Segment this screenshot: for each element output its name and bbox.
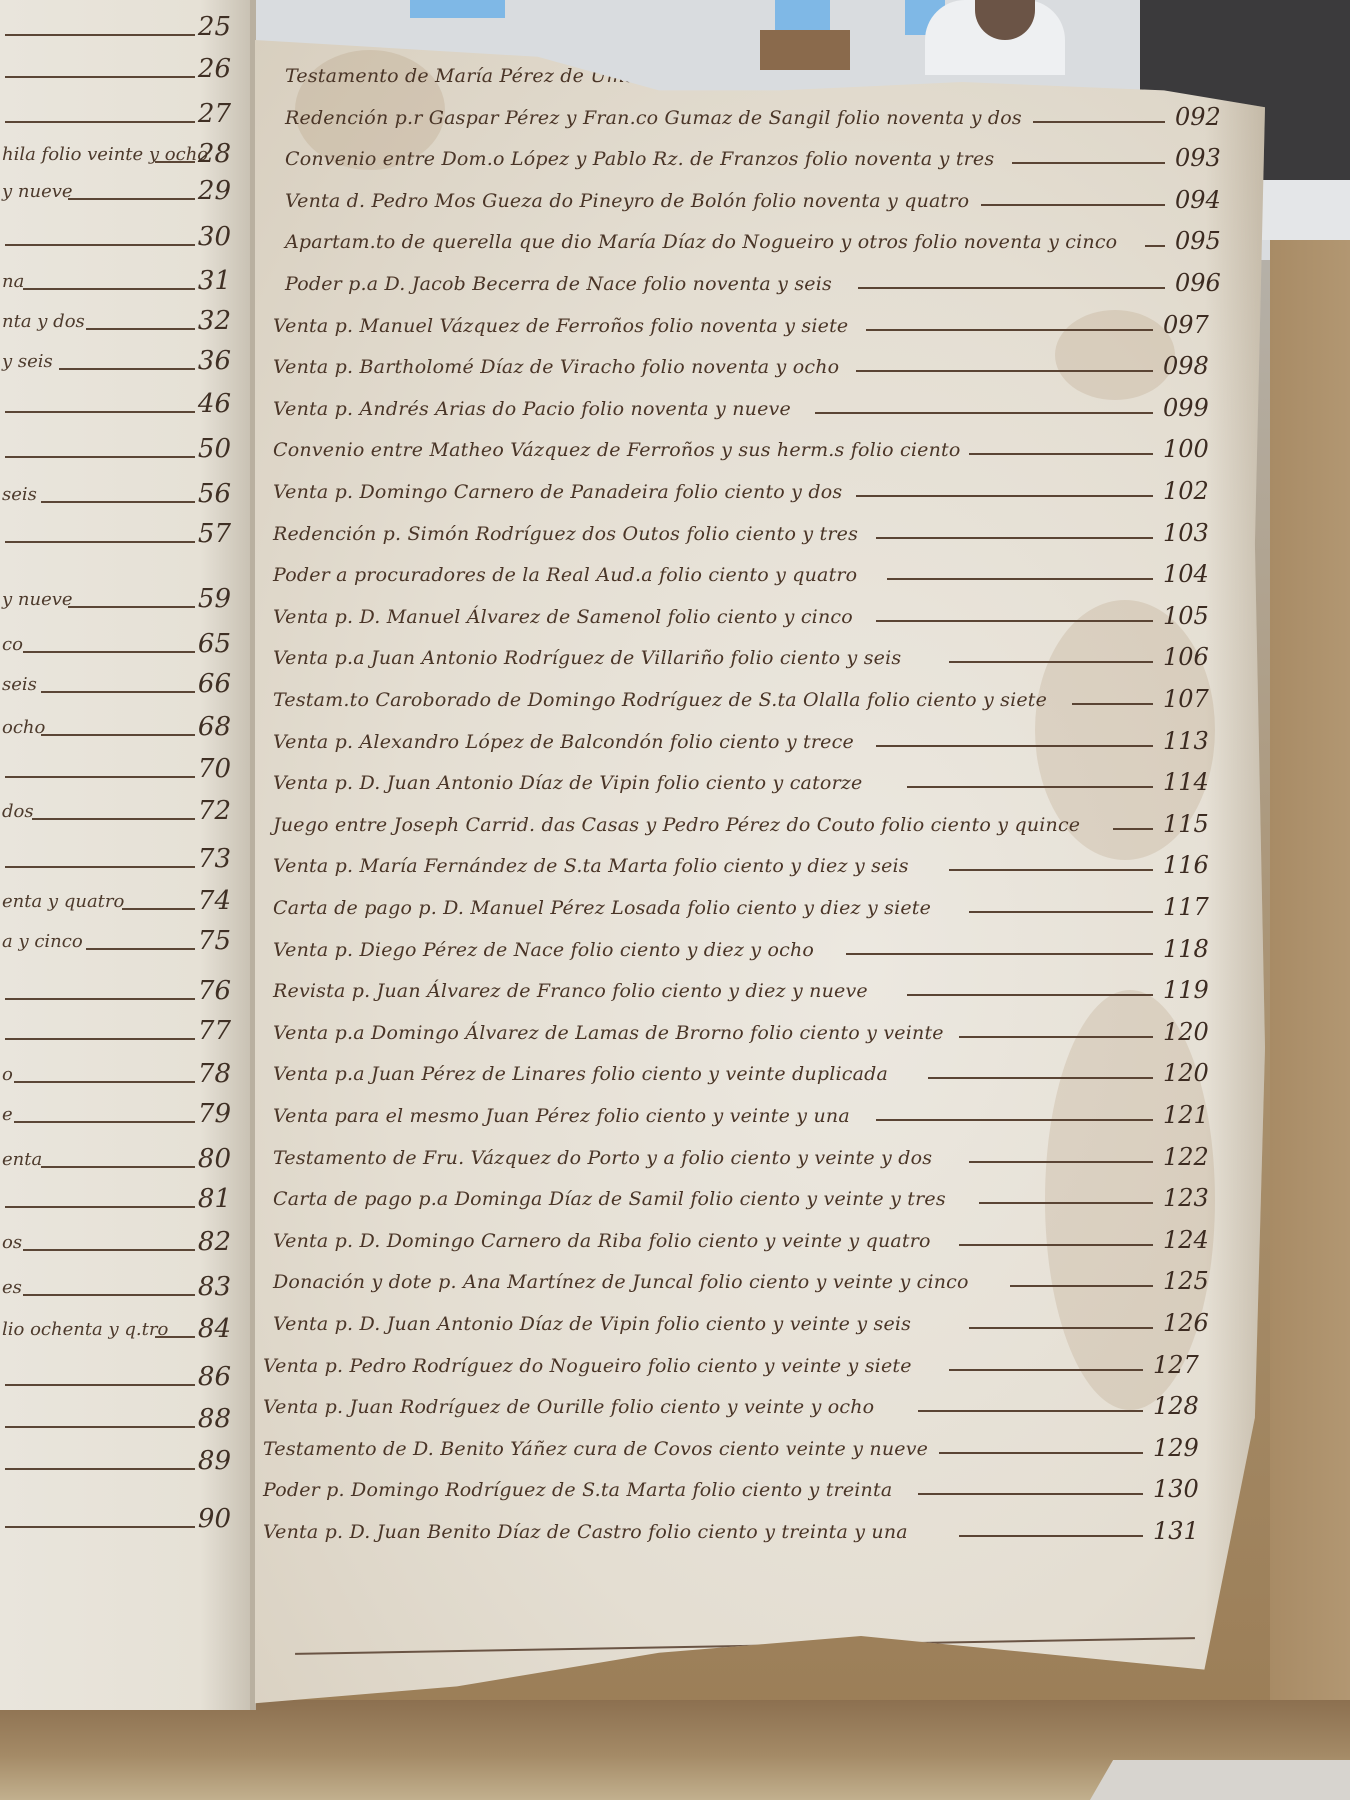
left-entry-fragment: es bbox=[2, 1277, 22, 1298]
leader-line bbox=[928, 1077, 1153, 1079]
left-page-row: enta y quatro74 bbox=[0, 882, 235, 918]
index-entry: Venta p. María Fernández de S.ta Marta f… bbox=[273, 844, 1233, 881]
index-entry: Venta para el mesmo Juan Pérez folio cie… bbox=[273, 1094, 1233, 1131]
leader-line bbox=[41, 734, 195, 736]
leader-line bbox=[5, 411, 195, 413]
leader-line bbox=[5, 541, 195, 543]
left-entry-fragment: seis bbox=[2, 674, 37, 695]
folio-number: 092 bbox=[1175, 103, 1245, 131]
leader-line bbox=[5, 776, 195, 778]
leader-line bbox=[856, 370, 1153, 372]
left-folio-number: 81 bbox=[198, 1184, 231, 1214]
leader-line bbox=[1145, 245, 1165, 247]
index-entry: Poder a procuradores de la Real Aud.a fo… bbox=[273, 553, 1233, 590]
leader-line bbox=[23, 1294, 195, 1296]
leader-line bbox=[41, 501, 195, 503]
leader-line bbox=[959, 1244, 1153, 1246]
folio-number: 120 bbox=[1163, 1059, 1233, 1087]
leader-line bbox=[858, 287, 1166, 289]
folio-number: 107 bbox=[1163, 685, 1233, 713]
leader-line bbox=[969, 1327, 1153, 1329]
folio-number: 125 bbox=[1163, 1267, 1233, 1295]
leader-line bbox=[86, 948, 195, 950]
left-page-row: y nueve29 bbox=[0, 172, 235, 208]
background-window bbox=[410, 0, 505, 18]
folio-number: 099 bbox=[1163, 394, 1233, 422]
leader-line bbox=[5, 34, 195, 36]
entry-description: Testamento de D. Benito Yáñez cura de Co… bbox=[263, 1438, 928, 1460]
entry-description: Venta p. D. Juan Benito Díaz de Castro f… bbox=[263, 1521, 908, 1543]
left-page-row: e79 bbox=[0, 1095, 235, 1131]
folio-number: 128 bbox=[1153, 1392, 1223, 1420]
leader-line bbox=[959, 1036, 1153, 1038]
left-page-row: y seis36 bbox=[0, 342, 235, 378]
index-entry: Venta p. Bartholomé Díaz de Viracho foli… bbox=[273, 345, 1233, 382]
folio-number: 118 bbox=[1163, 935, 1233, 963]
left-folio-number: 72 bbox=[198, 796, 231, 826]
left-page-row: 57 bbox=[0, 515, 235, 551]
left-entry-fragment: dos bbox=[2, 801, 34, 822]
leader-line bbox=[1072, 703, 1153, 705]
left-page-row: 27 bbox=[0, 95, 235, 131]
left-folio-number: 57 bbox=[198, 519, 231, 549]
leader-line bbox=[1113, 828, 1153, 830]
folio-number: 130 bbox=[1153, 1475, 1223, 1503]
left-page-row: 73 bbox=[0, 840, 235, 876]
folio-number: 105 bbox=[1163, 602, 1233, 630]
entry-description: Venta p. María Fernández de S.ta Marta f… bbox=[273, 855, 909, 877]
left-page-row: 30 bbox=[0, 218, 235, 254]
wood-surface-right bbox=[1270, 240, 1350, 1740]
folio-number: 096 bbox=[1175, 269, 1245, 297]
left-folio-number: 86 bbox=[198, 1362, 231, 1392]
left-page-row: a y cinco75 bbox=[0, 922, 235, 958]
left-folio-number: 28 bbox=[198, 139, 231, 169]
folio-number: 103 bbox=[1163, 519, 1233, 547]
left-folio-number: 50 bbox=[198, 434, 231, 464]
left-page-row: dos72 bbox=[0, 792, 235, 828]
leader-line bbox=[32, 818, 195, 820]
leader-line bbox=[86, 328, 195, 330]
folio-number: 114 bbox=[1163, 768, 1233, 796]
left-page-row: seis56 bbox=[0, 475, 235, 511]
left-page-row: o78 bbox=[0, 1055, 235, 1091]
leader-line bbox=[979, 1202, 1153, 1204]
left-page-row: 76 bbox=[0, 972, 235, 1008]
index-entry: Venta p. Andrés Arias do Pacio folio nov… bbox=[273, 387, 1233, 424]
index-entry: Apartam.to de querella que dio María Día… bbox=[285, 220, 1245, 257]
leader-line bbox=[981, 204, 1165, 206]
folio-number: 119 bbox=[1163, 976, 1233, 1004]
left-folio-number: 26 bbox=[198, 54, 231, 84]
leader-line bbox=[155, 161, 195, 163]
left-folio-number: 90 bbox=[198, 1504, 231, 1534]
leader-line bbox=[856, 495, 1153, 497]
entry-description: Venta p. D. Juan Antonio Díaz de Vipin f… bbox=[273, 772, 863, 794]
left-folio-number: 76 bbox=[198, 976, 231, 1006]
left-page-row: 25 bbox=[0, 8, 235, 44]
folio-number: 094 bbox=[1175, 186, 1245, 214]
index-entry: Revista p. Juan Álvarez de Franco folio … bbox=[273, 969, 1233, 1006]
left-page-row: 89 bbox=[0, 1442, 235, 1478]
left-page-row: 90 bbox=[0, 1500, 235, 1536]
entry-description: Poder a procuradores de la Real Aud.a fo… bbox=[273, 564, 857, 586]
left-folio-number: 82 bbox=[198, 1227, 231, 1257]
wood-surface bbox=[0, 1700, 1350, 1800]
leader-line bbox=[5, 76, 195, 78]
leader-line bbox=[969, 453, 1153, 455]
index-entry: Testam.to Caroborado de Domingo Rodrígue… bbox=[273, 678, 1233, 715]
left-folio-number: 84 bbox=[198, 1314, 231, 1344]
left-page-row: 77 bbox=[0, 1012, 235, 1048]
folio-number: 102 bbox=[1163, 477, 1233, 505]
leader-line bbox=[5, 1384, 195, 1386]
left-folio-number: 65 bbox=[198, 629, 231, 659]
left-folio-number: 56 bbox=[198, 479, 231, 509]
folio-number: 093 bbox=[1175, 144, 1245, 172]
left-page-row: seis66 bbox=[0, 665, 235, 701]
background-frame bbox=[760, 30, 850, 70]
left-folio-number: 32 bbox=[198, 306, 231, 336]
entry-description: Venta p. D. Juan Antonio Díaz de Vipin f… bbox=[273, 1313, 911, 1335]
leader-line bbox=[846, 953, 1154, 955]
index-entry: Carta de pago p. D. Manuel Pérez Losada … bbox=[273, 886, 1233, 923]
entry-description: Venta p. Domingo Carnero de Panadeira fo… bbox=[273, 481, 842, 503]
index-entry: Venta d. Pedro Mos Gueza do Pineyro de B… bbox=[285, 179, 1245, 216]
left-folio-number: 27 bbox=[198, 99, 231, 129]
leader-line bbox=[23, 288, 195, 290]
left-page-row: ocho68 bbox=[0, 708, 235, 744]
left-page-row: hila folio veinte y ocho28 bbox=[0, 135, 235, 171]
leader-line bbox=[949, 1369, 1143, 1371]
left-folio-number: 36 bbox=[198, 346, 231, 376]
leader-line bbox=[866, 329, 1153, 331]
leader-line bbox=[907, 994, 1153, 996]
entry-description: Poder p. Domingo Rodríguez de S.ta Marta… bbox=[263, 1479, 892, 1501]
folio-number: 115 bbox=[1163, 810, 1233, 838]
entry-description: Venta para el mesmo Juan Pérez folio cie… bbox=[273, 1105, 850, 1127]
leader-line bbox=[14, 1121, 195, 1123]
folio-number: 121 bbox=[1163, 1101, 1233, 1129]
leader-line bbox=[969, 1161, 1153, 1163]
index-entry: Testamento de D. Benito Yáñez cura de Co… bbox=[263, 1427, 1223, 1464]
leader-line bbox=[23, 1249, 195, 1251]
left-page-row: 88 bbox=[0, 1400, 235, 1436]
index-entry: Venta p. D. Manuel Álvarez de Samenol fo… bbox=[273, 595, 1233, 632]
left-entry-fragment: na bbox=[2, 271, 24, 292]
entry-description: Venta p. D. Manuel Álvarez de Samenol fo… bbox=[273, 606, 853, 628]
left-entry-fragment: co bbox=[2, 634, 23, 655]
leader-line bbox=[1033, 121, 1165, 123]
entry-description: Venta p. Juan Rodríguez de Ourille folio… bbox=[263, 1396, 874, 1418]
leader-line bbox=[5, 866, 195, 868]
index-entry: Poder p. Domingo Rodríguez de S.ta Marta… bbox=[263, 1468, 1223, 1505]
folio-number: 129 bbox=[1153, 1434, 1223, 1462]
left-folio-number: 30 bbox=[198, 222, 231, 252]
leader-line bbox=[1010, 1285, 1153, 1287]
leader-line bbox=[949, 661, 1154, 663]
folio-number: 123 bbox=[1163, 1184, 1233, 1212]
leader-line bbox=[122, 908, 195, 910]
index-entry: Venta p. D. Juan Antonio Díaz de Vipin f… bbox=[273, 761, 1233, 798]
folio-number: 106 bbox=[1163, 643, 1233, 671]
entry-description: Revista p. Juan Álvarez de Franco folio … bbox=[273, 980, 868, 1002]
leader-line bbox=[918, 1410, 1143, 1412]
left-folio-number: 46 bbox=[198, 389, 231, 419]
left-page-row: 50 bbox=[0, 430, 235, 466]
closing-flourish-line bbox=[295, 1637, 1195, 1655]
left-folio-number: 80 bbox=[198, 1144, 231, 1174]
leader-line bbox=[876, 537, 1153, 539]
index-entry: Carta de pago p.a Dominga Díaz de Samil … bbox=[273, 1177, 1233, 1214]
folio-number: 117 bbox=[1163, 893, 1233, 921]
index-entry: Venta p.a Juan Antonio Rodríguez de Vill… bbox=[273, 636, 1233, 673]
leader-line bbox=[887, 578, 1153, 580]
left-folio-number: 73 bbox=[198, 844, 231, 874]
entry-description: Juego entre Joseph Carrid. das Casas y P… bbox=[273, 814, 1080, 836]
leader-line bbox=[59, 368, 195, 370]
entry-description: Apartam.to de querella que dio María Día… bbox=[285, 231, 1117, 253]
folio-number: 097 bbox=[1163, 311, 1233, 339]
left-entry-fragment: o bbox=[2, 1064, 13, 1085]
leader-line bbox=[5, 1426, 195, 1428]
left-page-row: 46 bbox=[0, 385, 235, 421]
entry-description: Venta p.a Juan Antonio Rodríguez de Vill… bbox=[273, 647, 901, 669]
left-folio-number: 66 bbox=[198, 669, 231, 699]
left-folio-number: 78 bbox=[198, 1059, 231, 1089]
folio-number: 126 bbox=[1163, 1309, 1233, 1337]
left-page-row: co65 bbox=[0, 625, 235, 661]
left-entry-fragment: lio ochenta y q.tro bbox=[2, 1319, 168, 1340]
folio-number: 095 bbox=[1175, 227, 1245, 255]
left-page-row: y nueve59 bbox=[0, 580, 235, 616]
folio-number: 120 bbox=[1163, 1018, 1233, 1046]
index-entry: Redención p. Simón Rodríguez dos Outos f… bbox=[273, 512, 1233, 549]
left-page-row: lio ochenta y q.tro84 bbox=[0, 1310, 235, 1346]
entry-description: Venta p. Bartholomé Díaz de Viracho foli… bbox=[273, 356, 839, 378]
index-entry: Venta p. D. Juan Antonio Díaz de Vipin f… bbox=[273, 1302, 1233, 1339]
leader-line bbox=[969, 911, 1153, 913]
folio-number: 124 bbox=[1163, 1226, 1233, 1254]
leader-line bbox=[5, 1468, 195, 1470]
entry-description: Venta p. Andrés Arias do Pacio folio nov… bbox=[273, 398, 791, 420]
left-folio-number: 29 bbox=[198, 176, 231, 206]
leader-line bbox=[5, 121, 195, 123]
entry-description: Venta p. Alexandro López de Balcondón fo… bbox=[273, 731, 854, 753]
left-folio-number: 59 bbox=[198, 584, 231, 614]
left-folio-number: 77 bbox=[198, 1016, 231, 1046]
index-entry: Testamento de Fru. Vázquez do Porto y a … bbox=[273, 1136, 1233, 1173]
left-folio-number: 74 bbox=[198, 886, 231, 916]
left-page-row: 86 bbox=[0, 1358, 235, 1394]
folio-number: 098 bbox=[1163, 352, 1233, 380]
left-page-row: 70 bbox=[0, 750, 235, 786]
entry-description: Donación y dote p. Ana Martínez de Junca… bbox=[273, 1271, 969, 1293]
left-page-row: na31 bbox=[0, 262, 235, 298]
folio-number: 100 bbox=[1163, 435, 1233, 463]
right-page: Testamento de María Pérez de Umadeuta fo… bbox=[255, 40, 1265, 1720]
entry-description: Redención p.r Gaspar Pérez y Fran.co Gum… bbox=[285, 107, 1022, 129]
index-entry: Venta p. Manuel Vázquez de Ferroños foli… bbox=[273, 304, 1233, 341]
index-entry: Venta p. D. Juan Benito Díaz de Castro f… bbox=[263, 1510, 1223, 1547]
leader-line bbox=[876, 620, 1153, 622]
left-entry-fragment: enta bbox=[2, 1149, 42, 1170]
left-page-row: 26 bbox=[0, 50, 235, 86]
left-entry-fragment: y nueve bbox=[2, 589, 73, 610]
entry-description: Testam.to Caroborado de Domingo Rodrígue… bbox=[273, 689, 1047, 711]
left-entry-fragment: enta y quatro bbox=[2, 891, 124, 912]
entry-description: Convenio entre Matheo Vázquez de Ferroño… bbox=[273, 439, 961, 461]
leader-line bbox=[23, 651, 195, 653]
leader-line bbox=[68, 606, 195, 608]
leader-line bbox=[5, 1038, 195, 1040]
index-entry: Venta p. Diego Pérez de Nace folio cient… bbox=[273, 928, 1233, 965]
index-entry: Juego entre Joseph Carrid. das Casas y P… bbox=[273, 803, 1233, 840]
leader-line bbox=[5, 244, 195, 246]
entry-description: Redención p. Simón Rodríguez dos Outos f… bbox=[273, 523, 858, 545]
left-folio-number: 89 bbox=[198, 1446, 231, 1476]
leader-line bbox=[939, 1452, 1144, 1454]
index-entry: Venta p. Alexandro López de Balcondón fo… bbox=[273, 720, 1233, 757]
entry-description: Venta p. Diego Pérez de Nace folio cient… bbox=[273, 939, 814, 961]
folio-number: 113 bbox=[1163, 727, 1233, 755]
index-entry: Donación y dote p. Ana Martínez de Junca… bbox=[273, 1260, 1233, 1297]
leader-line bbox=[68, 198, 195, 200]
left-page-row: enta80 bbox=[0, 1140, 235, 1176]
entry-description: Testamento de Fru. Vázquez do Porto y a … bbox=[273, 1147, 932, 1169]
left-entry-fragment: y seis bbox=[2, 351, 53, 372]
left-folio-number: 68 bbox=[198, 712, 231, 742]
leader-line bbox=[5, 998, 195, 1000]
entry-description: Poder p.a D. Jacob Becerra de Nace folio… bbox=[285, 273, 832, 295]
leader-line bbox=[959, 1535, 1143, 1537]
left-entry-fragment: ocho bbox=[2, 717, 45, 738]
left-page: 252627hila folio veinte y ocho28y nueve2… bbox=[0, 0, 256, 1710]
entry-description: Venta p. D. Domingo Carnero da Riba foli… bbox=[273, 1230, 931, 1252]
left-entry-fragment: os bbox=[2, 1232, 22, 1253]
leader-line bbox=[14, 1081, 195, 1083]
leader-line bbox=[5, 1206, 195, 1208]
folio-number: 116 bbox=[1163, 851, 1233, 879]
index-entry: Convenio entre Matheo Vázquez de Ferroño… bbox=[273, 428, 1233, 465]
left-folio-number: 75 bbox=[198, 926, 231, 956]
background-window bbox=[775, 0, 830, 30]
leader-line bbox=[41, 1166, 195, 1168]
leader-line bbox=[907, 786, 1153, 788]
left-page-row: nta y dos32 bbox=[0, 302, 235, 338]
left-page-row: 81 bbox=[0, 1180, 235, 1216]
index-entry: Convenio entre Dom.o López y Pablo Rz. d… bbox=[285, 137, 1245, 174]
folio-number: 127 bbox=[1153, 1351, 1223, 1379]
entry-description: Convenio entre Dom.o López y Pablo Rz. d… bbox=[285, 148, 994, 170]
left-entry-fragment: y nueve bbox=[2, 181, 73, 202]
entry-description: Venta p.a Domingo Álvarez de Lamas de Br… bbox=[273, 1022, 944, 1044]
left-entry-fragment: nta y dos bbox=[2, 311, 85, 332]
index-entry: Venta p. D. Domingo Carnero da Riba foli… bbox=[273, 1219, 1233, 1256]
left-folio-number: 31 bbox=[198, 266, 231, 296]
entry-description: Carta de pago p.a Dominga Díaz de Samil … bbox=[273, 1188, 946, 1210]
left-entry-fragment: e bbox=[2, 1104, 13, 1125]
left-folio-number: 79 bbox=[198, 1099, 231, 1129]
folio-number: 104 bbox=[1163, 560, 1233, 588]
folio-number: 122 bbox=[1163, 1143, 1233, 1171]
entry-description: Venta d. Pedro Mos Gueza do Pineyro de B… bbox=[285, 190, 969, 212]
leader-line bbox=[815, 412, 1153, 414]
index-entry: Redención p.r Gaspar Pérez y Fran.co Gum… bbox=[285, 96, 1245, 133]
leader-line bbox=[5, 456, 195, 458]
index-entry: Venta p.a Domingo Álvarez de Lamas de Br… bbox=[273, 1011, 1233, 1048]
index-entry: Venta p. Juan Rodríguez de Ourille folio… bbox=[263, 1385, 1223, 1422]
leader-line bbox=[949, 869, 1154, 871]
left-page-row: es83 bbox=[0, 1268, 235, 1304]
leader-line bbox=[1012, 162, 1165, 164]
left-page-row: os82 bbox=[0, 1223, 235, 1259]
index-entry: Venta p.a Juan Pérez de Linares folio ci… bbox=[273, 1052, 1233, 1089]
left-entry-fragment: seis bbox=[2, 484, 37, 505]
entry-description: Venta p. Manuel Vázquez de Ferroños foli… bbox=[273, 315, 848, 337]
index-entry: Venta p. Domingo Carnero de Panadeira fo… bbox=[273, 470, 1233, 507]
left-folio-number: 70 bbox=[198, 754, 231, 784]
left-folio-number: 88 bbox=[198, 1404, 231, 1434]
left-folio-number: 25 bbox=[198, 12, 231, 42]
folio-number: 131 bbox=[1153, 1517, 1223, 1545]
leader-line bbox=[876, 1119, 1153, 1121]
entry-description: Venta p.a Juan Pérez de Linares folio ci… bbox=[273, 1063, 888, 1085]
left-folio-number: 83 bbox=[198, 1272, 231, 1302]
leader-line bbox=[41, 691, 195, 693]
index-entry: Venta p. Pedro Rodríguez do Nogueiro fol… bbox=[263, 1344, 1223, 1381]
leader-line bbox=[918, 1493, 1143, 1495]
leader-line bbox=[876, 745, 1153, 747]
left-entry-fragment: a y cinco bbox=[2, 931, 83, 952]
index-entry: Poder p.a D. Jacob Becerra de Nace folio… bbox=[285, 262, 1245, 299]
entry-description: Venta p. Pedro Rodríguez do Nogueiro fol… bbox=[263, 1355, 912, 1377]
leader-line bbox=[155, 1336, 195, 1338]
leader-line bbox=[5, 1526, 195, 1528]
entry-description: Carta de pago p. D. Manuel Pérez Losada … bbox=[273, 897, 931, 919]
